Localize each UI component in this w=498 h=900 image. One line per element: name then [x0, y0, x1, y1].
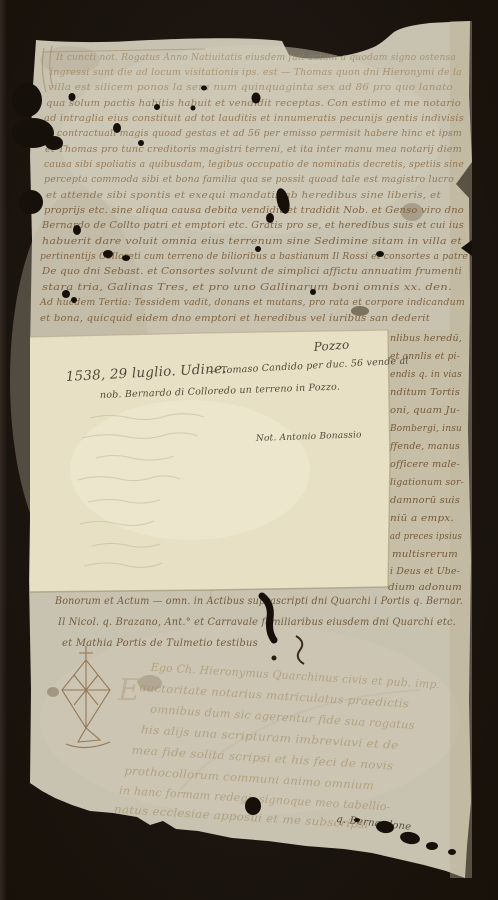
- closing-line: et Mathia Portis de Tulmetio testibus: [62, 638, 258, 649]
- archival-note-slip: Pozzo 1538, 29 luglio. Udine. — Tomaso C…: [30, 330, 409, 592]
- margin-column: nlibus heredū, et annlis et pi- endis q.…: [388, 333, 464, 593]
- slip-place-label: Pozzo: [312, 338, 350, 355]
- manuscript-line: et contractuali magis quoad gestas et ad…: [44, 128, 462, 139]
- manuscript-line: et Thomas pro tunc creditoris magistri t…: [45, 144, 462, 155]
- photo-background: It cuncti not. Rogatus Anno Natiuitatis …: [0, 0, 498, 900]
- margin-line: multisrerum: [392, 549, 458, 560]
- manuscript-line: et attende sibi spontis et exequi mandat…: [46, 190, 441, 201]
- manuscript-line: ingressi sunt die ad locum visitationis …: [50, 67, 462, 78]
- margin-line: nlibus heredū,: [390, 333, 462, 344]
- margin-line: i Deus et Ube-: [390, 566, 460, 577]
- manuscript-line: stara tria, Galinas Tres, et pro uno Gal…: [42, 282, 452, 293]
- manuscript-line: causa sibi spoliatis a quibusdam, legibu…: [44, 159, 464, 170]
- manuscript-line: Ad hucdem Tertia: Tessidem vadit, donans…: [39, 297, 465, 308]
- margin-line: ffende, manus: [389, 441, 460, 452]
- manuscript-line: proprijs etc. sine aliqua causa debita v…: [44, 205, 464, 216]
- margin-line: niū a empx.: [390, 513, 454, 524]
- margin-line: dium adonum: [388, 582, 462, 593]
- subscription-initial: E: [117, 673, 140, 708]
- manuscript-line: habuerit dare voluit omnia eius terrenum…: [42, 236, 462, 247]
- ink-dot: [272, 656, 277, 661]
- manuscript-line: Bernardo de Collto patri et emptori etc.…: [41, 220, 464, 231]
- margin-line: endis q. in vias: [390, 369, 462, 380]
- margin-line: oni, quam Ju-: [390, 405, 460, 416]
- closing-line: Bonorum et Actum — omn. in Actibus supra…: [54, 596, 463, 607]
- manuscript-line: De quo dni Sebast. et Consortes solvunt …: [41, 266, 462, 277]
- manuscript-line: It cuncti not. Rogatus Anno Natiuitatis …: [55, 52, 456, 63]
- margin-line: nditum Tortis: [390, 387, 460, 398]
- manuscript-line: villa est silicem ponos la sera num quin…: [48, 82, 453, 93]
- manuscript-line: ad intraglia eius constituit ad tot laud…: [44, 113, 464, 124]
- manuscript-line: percepta commoda sibi et bona familia qu…: [44, 174, 454, 185]
- closing-line: Il Nicol. q. Brazano, Ant.° et Carravale…: [57, 616, 456, 628]
- margin-line: officere male-: [390, 459, 460, 470]
- margin-line: ligationum sor-: [390, 477, 464, 488]
- manuscript-line: et bona, quicquid eidem dno emptori et h…: [40, 313, 430, 324]
- margin-line: ad preces ipsius: [390, 531, 462, 542]
- margin-line: Bombergi, insu: [389, 423, 462, 434]
- manuscript-photo: It cuncti not. Rogatus Anno Natiuitatis …: [0, 0, 498, 900]
- margin-line: damnorū suis: [390, 495, 460, 506]
